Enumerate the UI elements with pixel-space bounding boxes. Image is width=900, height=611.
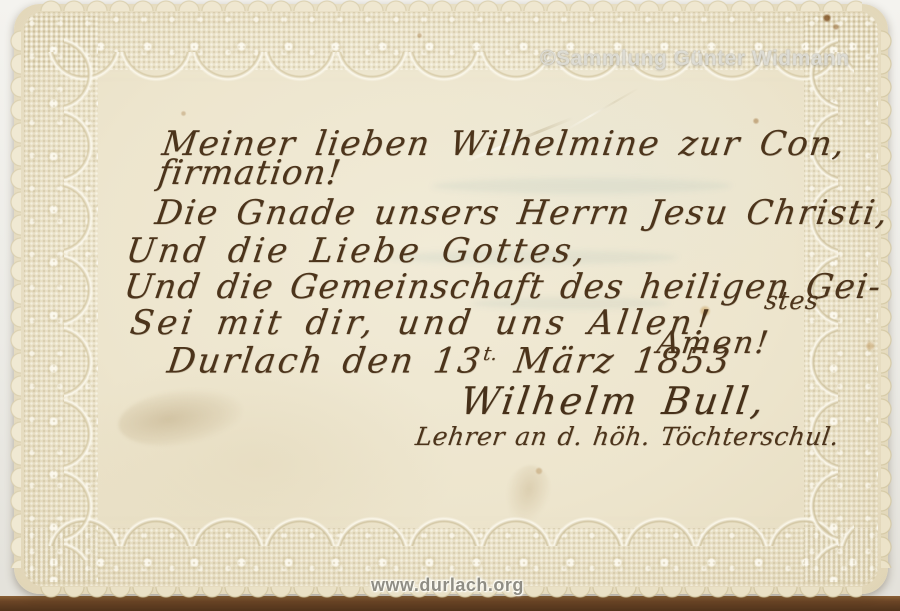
handwriting-blessing-line1: Die Gnade unsers Herrn Jesu Christi, [153, 196, 891, 230]
website-caption: www.durlach.org [371, 575, 524, 596]
handwriting-blessing-line4: Sei mit dir, und uns Allen! [128, 306, 715, 340]
handwriting-signature-title: Lehrer an d. höh. Töchterschul. [414, 424, 841, 449]
handwriting-date-line: Durlach den 13t. März 1853 [165, 344, 734, 380]
collection-watermark: ©Sammlung Günter Widmann [540, 47, 850, 71]
lace-arc-row-left [64, 38, 106, 560]
handwriting-dedication-line2: firmation! [156, 156, 344, 190]
scallop-edge-top [40, 0, 862, 11]
scallop-edge-left [7, 30, 21, 568]
date-place-day: Durlach den 13 [165, 342, 485, 382]
date-month-year: März 1853 [493, 342, 734, 382]
scallop-edge-right [881, 30, 895, 568]
handwriting-blessing-line3-continuation: stes [763, 288, 821, 313]
handwriting-blessing-line2: Und die Liebe Gottes, [124, 234, 590, 268]
handwriting-signature-name: Wilhelm Bull, [458, 382, 769, 420]
lace-arc-row-bottom [48, 504, 854, 546]
